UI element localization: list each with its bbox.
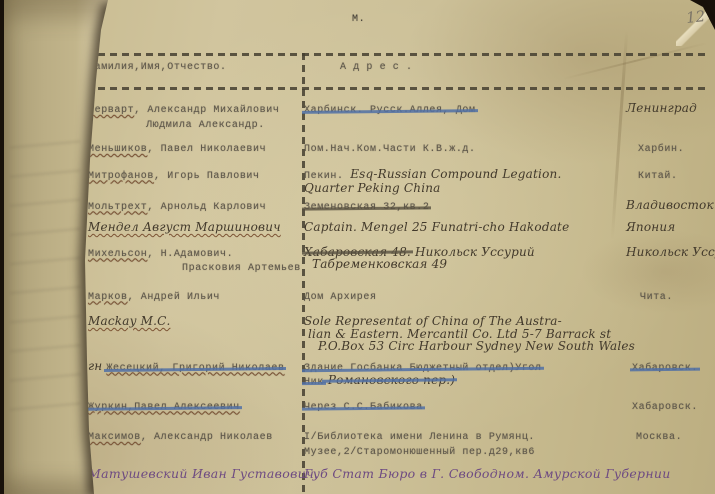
place-cell: Чита. bbox=[604, 289, 710, 304]
struck-text: Харбинск. Русск.Аллея, Дом bbox=[304, 105, 476, 116]
name-cell: Марков, Андрей Ильич bbox=[88, 289, 304, 304]
table-row: Журкин,Павел АлексеевичЧерез С.С.Бабиков… bbox=[88, 399, 710, 414]
table-row: Митрофанов, Игорь ПавловичПекин. Esq-Rus… bbox=[88, 168, 710, 195]
entry-text: Людмила Александр. bbox=[146, 120, 265, 131]
text-line: Мольтрехт, Арнольд Карлович bbox=[88, 199, 304, 214]
entry-text: I/Библиотека имени Ленина в Румянц. bbox=[304, 432, 535, 443]
text-line: Китай. bbox=[638, 168, 710, 183]
place-cell: Харбин. bbox=[604, 141, 710, 156]
place-cell: Владивосток bbox=[604, 199, 714, 212]
table-border-top bbox=[86, 53, 708, 56]
struck-text: Ник bbox=[304, 377, 324, 388]
column-header-address: А д р е с . bbox=[340, 62, 413, 73]
struck-text: Здание Госбанка Бюджетный отдел)Угол bbox=[304, 363, 542, 374]
address-cell: Хабаровская 48. Никольск УссурийТабремен… bbox=[304, 246, 604, 271]
section-letter-heading: М. bbox=[352, 14, 365, 25]
text-line: Харбинск. Русск.Аллея, Дом bbox=[304, 102, 604, 117]
entry-text: Владивосток bbox=[626, 198, 714, 212]
struck-text: Романовского пер.) bbox=[324, 373, 455, 387]
name-cell: Максимов, Александр Николаев bbox=[88, 429, 304, 444]
text-line: Пекин. Esq-Russian Compound Legation. bbox=[304, 168, 604, 183]
entry-text: Никольск Уссур bbox=[626, 245, 715, 259]
name-cell: Журкин,Павел Алексеевич bbox=[88, 399, 304, 414]
entry-text: Музее,2/Старомонюшенный пер.д29,кв6 bbox=[304, 447, 535, 458]
address-cell: I/Библиотека имени Ленина в Румянц.Музее… bbox=[304, 429, 604, 458]
table-row: Mackay М.С.Sole Representat of China of … bbox=[88, 315, 710, 353]
table-row: Мендел Август МаршиновичCaptain. Mengel … bbox=[88, 221, 710, 234]
entry-text: , Андрей Ильич bbox=[128, 292, 220, 303]
text-line: Прасковия Артемьев bbox=[182, 260, 304, 275]
text-line: Митрофанов, Игорь Павлович bbox=[88, 168, 304, 183]
entry-text: Quarter Peking China bbox=[304, 181, 441, 195]
name-cell: Митрофанов, Игорь Павлович bbox=[88, 168, 304, 183]
entry-text: Михельсон bbox=[88, 249, 147, 260]
struck-text: Через С.С.Бабикова bbox=[304, 402, 423, 413]
text-line: Ленинград bbox=[626, 102, 710, 115]
place-cell: Китай. bbox=[604, 168, 710, 183]
entry-text: Матушевский Иван Густавович. bbox=[88, 466, 318, 481]
address-cell: Через С.С.Бабикова bbox=[304, 399, 604, 414]
table-row: Мольтрехт, Арнольд КарловичЗеменовская 3… bbox=[88, 199, 710, 214]
entry-text: Максимов bbox=[88, 432, 141, 443]
text-line: Максимов, Александр Николаев bbox=[88, 429, 304, 444]
page-number: 12 bbox=[685, 7, 706, 27]
entry-text: , Александр Николаев bbox=[141, 432, 273, 443]
text-line: Mackay М.С. bbox=[88, 315, 304, 328]
address-cell: Дом Архирея bbox=[304, 289, 604, 304]
text-line: Никольск Уссур bbox=[626, 246, 715, 259]
entry-text: Ленинград bbox=[626, 101, 697, 115]
entry-text: Дом Архирея bbox=[304, 292, 377, 303]
table-row: Меньшиков, Павел НиколаевичПом.Нач.Ком.Ч… bbox=[88, 141, 710, 156]
text-line: Владивосток bbox=[626, 199, 714, 212]
struck-text: Журкин,Павел Алексеевич bbox=[88, 402, 240, 413]
name-cell: Мерварт, Александр МихайловичЛюдмила Але… bbox=[88, 102, 304, 131]
text-line: Музее,2/Старомонюшенный пер.д29,кв6 bbox=[304, 444, 604, 459]
entry-text: Москва. bbox=[636, 432, 682, 443]
text-line: Харбин. bbox=[638, 141, 710, 156]
entry-text: Япония bbox=[626, 220, 675, 234]
entry-text: Меньшиков bbox=[88, 144, 147, 155]
text-line: Чита. bbox=[640, 289, 710, 304]
entry-text: , Александр Михайлович bbox=[134, 105, 279, 116]
address-cell: Харбинск. Русск.Аллея, Дом bbox=[304, 102, 604, 117]
text-line: Губ Стат Бюро в Г. Свободном. Амурской Г… bbox=[304, 468, 604, 480]
entry-text: , Павел Николаевич bbox=[147, 144, 266, 155]
text-line: Хабаровск. bbox=[632, 360, 710, 375]
entry-text: Чита. bbox=[640, 292, 673, 303]
text-line: Меньшиков, Павел Николаевич bbox=[88, 141, 304, 156]
text-line: Здание Госбанка Бюджетный отдел)Угол bbox=[304, 360, 604, 375]
text-line: Михельсон, Н.Адамович. bbox=[88, 246, 304, 261]
entry-text: Прасковия Артемьев bbox=[182, 263, 301, 274]
entry-text: Mackay М.С. bbox=[88, 314, 170, 328]
text-line: I/Библиотека имени Ленина в Румянц. bbox=[304, 429, 604, 444]
document-page-wrap: М. 12 Фамилия,Имя,Отчество. А д р е с . … bbox=[0, 0, 715, 494]
address-cell: Земеновская 32,кв.2 bbox=[304, 199, 604, 214]
entry-text: Табременковская 49 bbox=[312, 257, 447, 271]
place-cell: Япония bbox=[604, 221, 710, 234]
text-line: гн Жесецкий, Григорий Николаев bbox=[88, 360, 304, 375]
table-row: Максимов, Александр НиколаевI/Библиотека… bbox=[88, 429, 710, 458]
struck-text: Хабаровск. bbox=[632, 363, 698, 374]
place-cell: Хабаровск. bbox=[604, 399, 710, 414]
entry-text: Esq-Russian Compound Legation. bbox=[350, 167, 561, 181]
text-line: Ник Романовского пер.) bbox=[304, 374, 604, 389]
text-line: Мерварт, Александр Михайлович bbox=[88, 102, 304, 117]
table-row: Мерварт, Александр МихайловичЛюдмила Але… bbox=[88, 102, 710, 131]
entry-text: , Н.Адамович. bbox=[147, 249, 233, 260]
entry-text: Митрофанов bbox=[88, 171, 154, 182]
name-cell: гн Жесецкий, Григорий Николаев bbox=[88, 360, 304, 375]
text-line: Quarter Peking China bbox=[304, 182, 604, 195]
table-row: Марков, Андрей ИльичДом АрхиреяЧита. bbox=[88, 289, 710, 304]
entry-text: Мендел Август Маршинович bbox=[88, 220, 281, 234]
address-cell: Sole Representat of China of The Austra-… bbox=[304, 315, 604, 353]
paper-crease bbox=[562, 42, 708, 80]
text-line: Марков, Андрей Ильич bbox=[88, 289, 304, 304]
text-line: Табременковская 49 bbox=[312, 258, 604, 271]
struck-text: Жесецкий, Григорий Николаев bbox=[106, 363, 284, 374]
text-line: Мендел Август Маршинович bbox=[88, 221, 304, 234]
text-line: Хабаровск. bbox=[632, 399, 710, 414]
text-line: Москва. bbox=[636, 429, 710, 444]
text-line: Япония bbox=[626, 221, 710, 234]
table-row: гн Жесецкий, Григорий НиколаевЗдание Гос… bbox=[88, 360, 710, 389]
text-line: Людмила Александр. bbox=[146, 117, 304, 132]
place-cell: Хабаровск. bbox=[604, 360, 710, 375]
entry-text: Губ Стат Бюро в Г. Свободном. Амурской Г… bbox=[304, 466, 671, 481]
entry-text: Китай. bbox=[638, 171, 678, 182]
table-border-header-bottom bbox=[86, 87, 708, 90]
text-line: Captain. Mengel 25 Funatri-cho Hakodate bbox=[304, 221, 604, 234]
entry-text: Captain. Mengel 25 Funatri-cho Hakodate bbox=[304, 220, 569, 234]
text-line: Журкин,Павел Алексеевич bbox=[88, 399, 304, 414]
entry-text: Хабаровск. bbox=[632, 402, 698, 413]
entry-text: Мерварт bbox=[88, 105, 134, 116]
name-cell: Михельсон, Н.Адамович.Прасковия Артемьев bbox=[88, 246, 304, 275]
entry-text: Харбин. bbox=[638, 144, 684, 155]
document-page: М. 12 Фамилия,Имя,Отчество. А д р е с . … bbox=[0, 0, 715, 494]
text-line: Через С.С.Бабикова bbox=[304, 399, 604, 414]
text-line: Дом Архирея bbox=[304, 289, 604, 304]
place-cell: Никольск Уссур bbox=[604, 246, 715, 259]
address-cell: Пом.Нач.Ком.Части К.В.ж.д. bbox=[304, 141, 604, 156]
text-line: Земеновская 32,кв.2 bbox=[304, 199, 604, 214]
name-cell: Мендел Август Маршинович bbox=[88, 221, 304, 234]
entry-text: , Игорь Павлович bbox=[154, 171, 260, 182]
table-rows: Мерварт, Александр МихайловичЛюдмила Але… bbox=[88, 102, 710, 480]
entry-text: Мольтрехт bbox=[88, 202, 147, 213]
text-line: P.O.Box 53 Circ Harbour Sydney New South… bbox=[318, 340, 604, 353]
struck-text: Хабаровская 48. bbox=[304, 245, 411, 259]
text-line: Хабаровская 48. Никольск Уссурий bbox=[304, 246, 604, 259]
entry-text: Пом.Нач.Ком.Части К.В.ж.д. bbox=[304, 144, 476, 155]
name-cell: Меньшиков, Павел Николаевич bbox=[88, 141, 304, 156]
place-cell: Ленинград bbox=[604, 102, 710, 115]
table-row: Матушевский Иван Густавович.Губ Стат Бюр… bbox=[88, 468, 710, 480]
text-line: Пом.Нач.Ком.Части К.В.ж.д. bbox=[304, 141, 604, 156]
entry-text: Марков bbox=[88, 292, 128, 303]
name-cell: Мольтрехт, Арнольд Карлович bbox=[88, 199, 304, 214]
struck-text: Земеновская 32,кв.2 bbox=[304, 202, 429, 213]
address-cell: Здание Госбанка Бюджетный отдел)УголНик … bbox=[304, 360, 604, 389]
address-cell: Пекин. Esq-Russian Compound Legation.Qua… bbox=[304, 168, 604, 195]
entry-text: P.O.Box 53 Circ Harbour Sydney New South… bbox=[318, 339, 635, 353]
table-row: Михельсон, Н.Адамович.Прасковия Артемьев… bbox=[88, 246, 710, 275]
place-cell: Москва. bbox=[604, 429, 710, 444]
name-cell: Mackay М.С. bbox=[88, 315, 304, 328]
text-line: Матушевский Иван Густавович. bbox=[88, 468, 304, 480]
column-header-name: Фамилия,Имя,Отчество. bbox=[88, 62, 227, 73]
address-cell: Губ Стат Бюро в Г. Свободном. Амурской Г… bbox=[304, 468, 604, 480]
entry-text: Пекин. bbox=[304, 171, 350, 182]
name-cell: Матушевский Иван Густавович. bbox=[88, 468, 304, 480]
entry-text: , Арнольд Карлович bbox=[147, 202, 266, 213]
address-cell: Captain. Mengel 25 Funatri-cho Hakodate bbox=[304, 221, 604, 234]
